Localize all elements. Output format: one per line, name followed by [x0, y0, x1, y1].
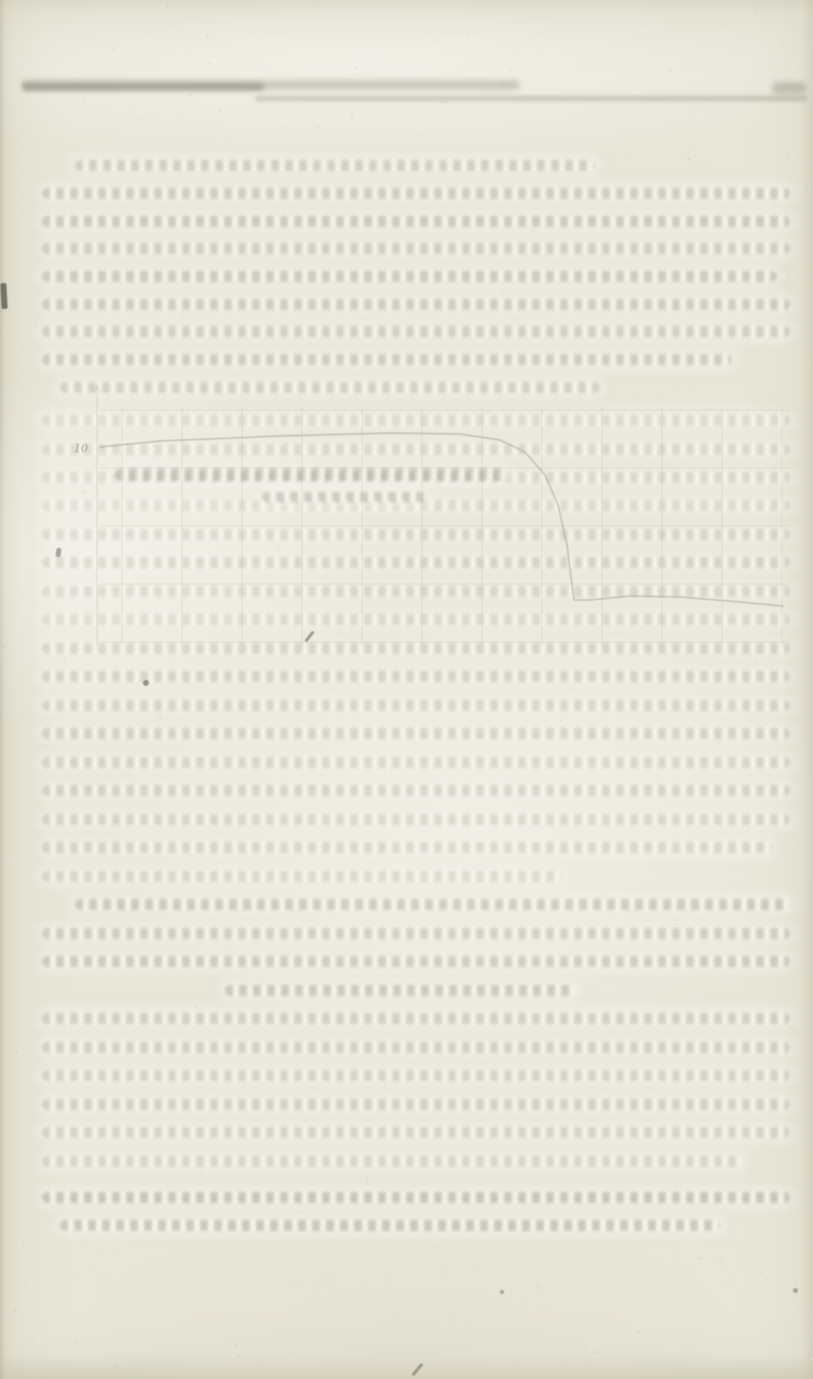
- ghost-text-line: [75, 160, 595, 171]
- ink-speck: [143, 680, 149, 686]
- ghost-text-line: [42, 928, 790, 939]
- figure-curve: [100, 433, 783, 606]
- ghost-text-line: [42, 1127, 790, 1138]
- ghost-text-line: [42, 728, 790, 739]
- paper-background: [0, 0, 813, 1379]
- ink-speck: [0, 283, 7, 309]
- ghost-text-line: [42, 354, 732, 365]
- scanned-page: 10: [0, 0, 813, 1379]
- ghost-text-line: [42, 216, 790, 227]
- ghost-text-line: [42, 700, 790, 711]
- ink-speck: [500, 1290, 504, 1294]
- ghost-text-line: [42, 1156, 742, 1167]
- ghost-text-line: [75, 899, 790, 910]
- ghost-text-line: [42, 785, 790, 796]
- page-number-smudge: [772, 82, 806, 94]
- header-rule-left-dark: [22, 83, 264, 91]
- ghost-text-line: [42, 671, 790, 682]
- ghost-text-line: [42, 326, 790, 337]
- header-rule-right: [255, 96, 807, 101]
- ghost-text-line: [225, 985, 575, 996]
- ghost-text-line: [42, 871, 562, 882]
- ghost-text-line: [42, 271, 777, 282]
- ghost-text-line: [42, 1070, 790, 1081]
- ghost-text-line: [42, 1013, 790, 1024]
- ghost-text-line: [42, 842, 772, 853]
- ink-speck: [793, 1288, 798, 1293]
- ghost-text-line: [42, 956, 790, 967]
- figure-axis-tick-label: 10: [74, 442, 88, 455]
- ghost-text-line: [42, 1099, 790, 1110]
- ghost-text-line: [42, 243, 790, 254]
- ghost-text-line: [60, 1220, 720, 1231]
- ghost-text-line: [42, 757, 790, 768]
- figure-chart: [40, 375, 790, 650]
- ghost-text-line: [42, 1192, 790, 1203]
- ghost-text-line: [42, 1042, 790, 1053]
- ghost-text-line: [42, 814, 790, 825]
- ghost-text-line: [42, 299, 790, 310]
- ghost-text-line: [42, 188, 790, 199]
